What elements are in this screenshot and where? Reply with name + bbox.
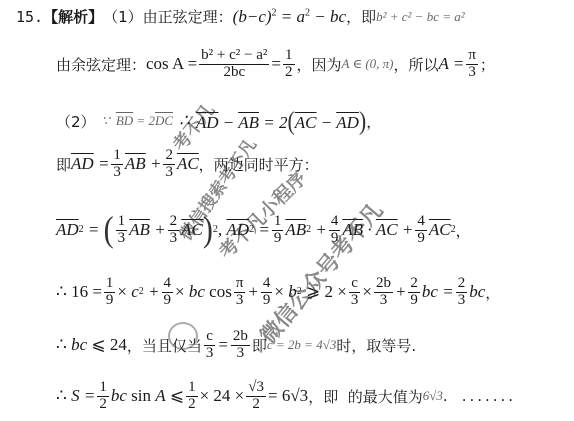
semicolon: ； <box>480 54 495 75</box>
sine-law-sep: ，即 <box>346 6 376 27</box>
analysis-tag: 【解析】 <box>43 6 103 27</box>
ji-text-2: 即 <box>252 335 267 356</box>
comma: ， <box>456 220 471 241</box>
line-1: 15. 【解析】 （1） 由正弦定理： (b−c)2 = a2 − bc ，即 … <box>16 6 465 27</box>
so-text: ，所以 <box>394 54 439 75</box>
pi-over-3: π 3 <box>466 48 478 81</box>
A-equals: A = <box>439 54 465 74</box>
part-2-label: （2） <box>56 111 96 132</box>
comma: ， <box>366 111 381 132</box>
bd-equals-2dc: BD = 2DC <box>116 113 173 129</box>
problem-number: 15. <box>16 8 43 26</box>
line-6: ∴ 16 = 19× c2 + 49× bc cos π3+ 49× b2 ⩾ … <box>56 276 500 309</box>
cos-numerator: b² + c² − a² <box>199 48 269 65</box>
half-num: 1 <box>283 48 295 65</box>
cos-fraction: b² + c² − a² 2bc <box>199 48 269 81</box>
because-text: ，因为 <box>297 54 342 75</box>
line-7: ∴ bc ⩽ 24 ，当且仅当 c3= 2b3 即 c = 2b = 4√3 时… <box>56 329 416 362</box>
comma: ， <box>485 282 500 303</box>
cos-denominator: 2bc <box>221 65 247 81</box>
square-both-sides: ，两边同时平方： <box>199 154 319 175</box>
line-8: ∴ S = 12bc sin A ⩽ 12× 24 × √32= 6√3 ，即 … <box>56 380 516 413</box>
ellipsis-dots: ....... <box>462 387 516 405</box>
sine-law-result: b² + c² − bc = a² <box>376 9 465 25</box>
angle-domain: A ∈ (0, π) <box>342 56 394 72</box>
equality-condition: c3= 2b3 <box>202 329 252 362</box>
line-2: 由余弦定理： cos A = b² + c² − a² 2bc = 1 2 ，因… <box>56 48 495 81</box>
pi-den: 3 <box>466 65 478 81</box>
ad-expression: AD = 13AB + 23AC <box>71 148 199 181</box>
period: . <box>443 387 448 405</box>
equality-values: c = 2b = 4√3 <box>267 337 336 353</box>
half-den: 2 <box>283 65 295 81</box>
ji-text-3: ，即 <box>308 386 338 407</box>
line-3: （2） ∵ BD = 2DC ∴ AD − AB = 2(AC − AD) ， <box>56 108 381 134</box>
squared-expansion: AD2 = ( 13AB + 23AC )2, AD2 = 19AB2 + 49… <box>56 213 456 247</box>
max-value: 6√3 <box>423 388 443 404</box>
part-1-label: （1） <box>103 6 143 27</box>
sine-law-lead: 由正弦定理： <box>143 6 233 27</box>
max-value-text: 的最大值为 <box>348 386 423 407</box>
iff-text: ，当且仅当 <box>127 335 202 356</box>
vector-relation: AD − AB = 2(AC − AD) <box>196 108 366 134</box>
therefore-symbol: ∴ <box>179 111 190 131</box>
ji-text: 即 <box>56 154 71 175</box>
line-5: AD2 = ( 13AB + 23AC )2, AD2 = 19AB2 + 49… <box>56 213 471 247</box>
pi-num: π <box>466 48 478 65</box>
inequality-chain: ∴ 16 = 19× c2 + 49× bc cos π3+ 49× b2 ⩾ … <box>56 276 485 309</box>
area-bound: ∴ S = 12bc sin A ⩽ 12× 24 × √32= 6√3 <box>56 380 308 413</box>
blank-gap <box>338 387 348 405</box>
sine-law-equation: (b−c)2 = a2 − bc <box>233 7 346 27</box>
line-4: 即 AD = 13AB + 23AC ，两边同时平方： <box>56 148 319 181</box>
cosine-law-lead: 由余弦定理： <box>56 54 146 75</box>
because-symbol: ∵ <box>102 113 110 129</box>
equality-tail: 时，取等号. <box>336 335 416 356</box>
equals-sign: = <box>271 54 281 74</box>
bc-bound: ∴ bc ⩽ 24 <box>56 335 127 355</box>
half-fraction: 1 2 <box>283 48 295 81</box>
cos-lhs: cos A = <box>146 54 197 74</box>
